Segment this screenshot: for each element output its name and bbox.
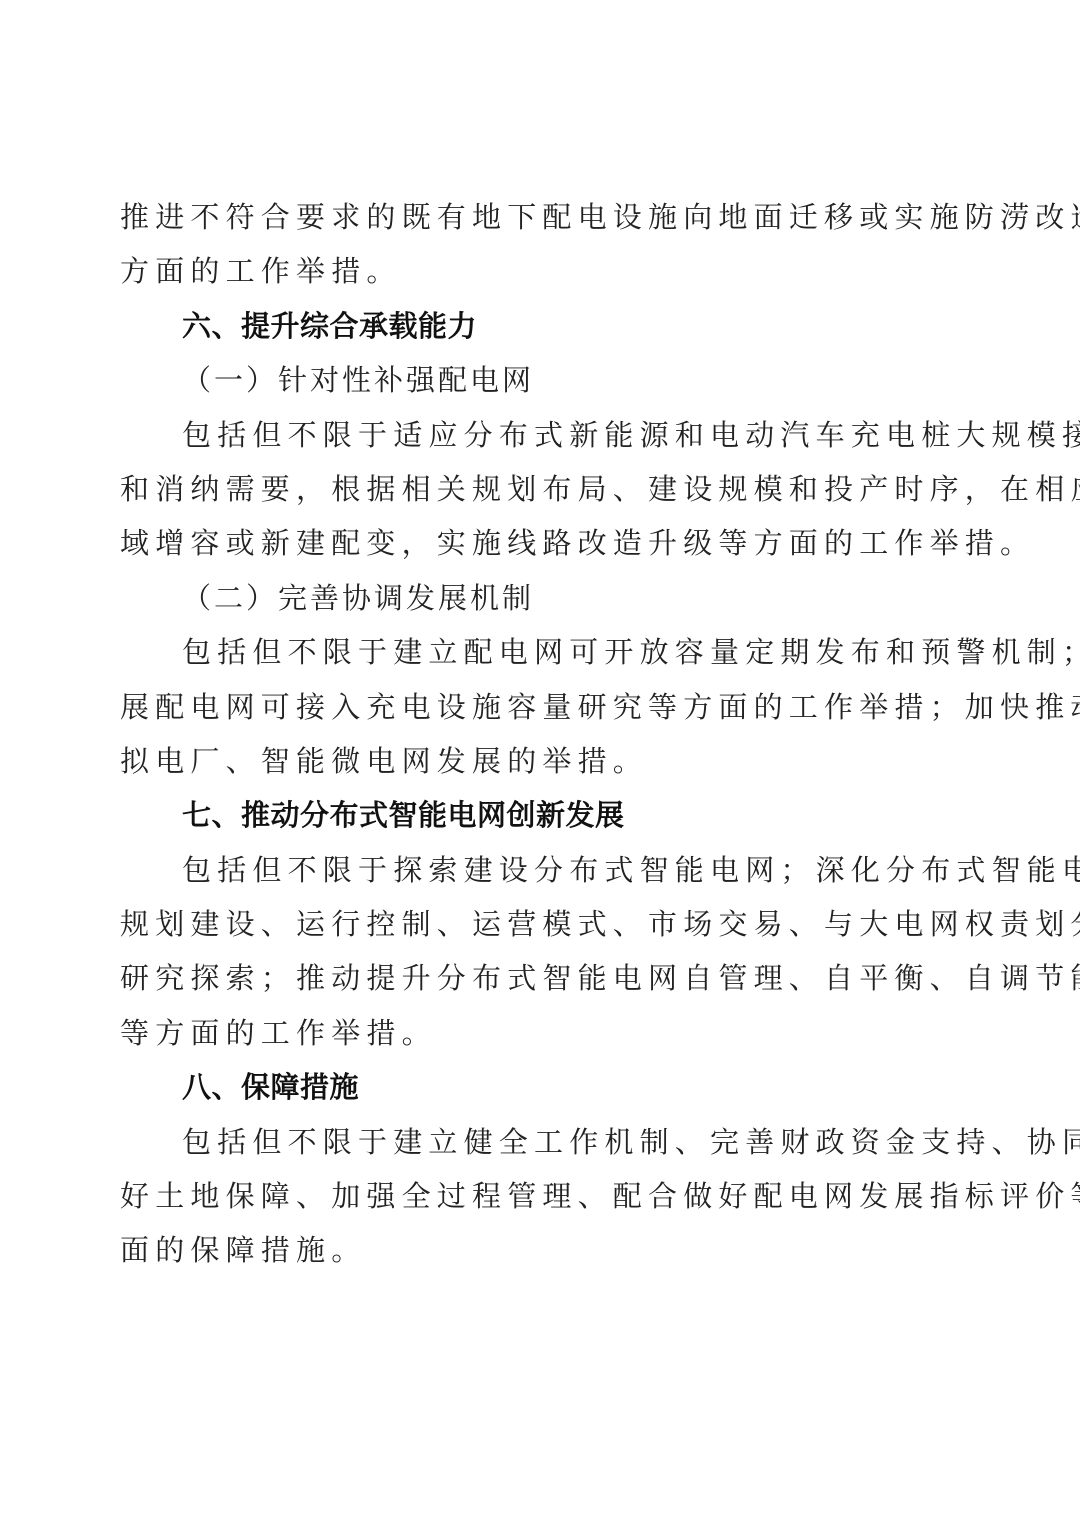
section-heading: 七、推动分布式智能电网创新发展 <box>120 788 965 842</box>
text-line: 拟电厂、智能微电网发展的举措。 <box>120 734 965 788</box>
section-7: 七、推动分布式智能电网创新发展 包括但不限于探索建设分布式智能电网；深化分布式智… <box>120 788 965 1060</box>
text-line: 包括但不限于建立健全工作机制、完善财政资金支持、协同做 <box>120 1115 965 1169</box>
text-line: 研究探索；推动提升分布式智能电网自管理、自平衡、自调节能力 <box>120 951 965 1005</box>
text-line: 推进不符合要求的既有地下配电设施向地面迁移或实施防涝改造等 <box>120 190 965 244</box>
subsection-6-1: （一）针对性补强配电网 包括但不限于适应分布式新能源和电动汽车充电桩大规模接入 … <box>120 353 965 571</box>
section-heading: 六、提升综合承载能力 <box>120 299 965 353</box>
text-line: 方面的工作举措。 <box>120 244 965 298</box>
subsection-heading: （二）完善协调发展机制 <box>120 571 965 625</box>
continuation-paragraph: 推进不符合要求的既有地下配电设施向地面迁移或实施防涝改造等 方面的工作举措。 <box>120 190 965 299</box>
section-8: 八、保障措施 包括但不限于建立健全工作机制、完善财政资金支持、协同做 好土地保障… <box>120 1060 965 1278</box>
text-line: 面的保障措施。 <box>120 1223 965 1277</box>
text-line: 和消纳需要，根据相关规划布局、建设规模和投产时序，在相应区 <box>120 462 965 516</box>
text-line: 包括但不限于探索建设分布式智能电网；深化分布式智能电网 <box>120 843 965 897</box>
document-page: 推进不符合要求的既有地下配电设施向地面迁移或实施防涝改造等 方面的工作举措。 六… <box>120 190 965 1278</box>
text-line: 好土地保障、加强全过程管理、配合做好配电网发展指标评价等方 <box>120 1169 965 1223</box>
section-6: 六、提升综合承载能力 （一）针对性补强配电网 包括但不限于适应分布式新能源和电动… <box>120 299 965 789</box>
text-line: 包括但不限于建立配电网可开放容量定期发布和预警机制；开 <box>120 625 965 679</box>
subsection-6-2: （二）完善协调发展机制 包括但不限于建立配电网可开放容量定期发布和预警机制；开 … <box>120 571 965 789</box>
text-line: 规划建设、运行控制、运营模式、市场交易、与大电网权责划分等 <box>120 897 965 951</box>
subsection-heading: （一）针对性补强配电网 <box>120 353 965 407</box>
section-heading: 八、保障措施 <box>120 1060 965 1114</box>
text-line: 包括但不限于适应分布式新能源和电动汽车充电桩大规模接入 <box>120 408 965 462</box>
text-line: 展配电网可接入充电设施容量研究等方面的工作举措；加快推动虚 <box>120 680 965 734</box>
text-line: 域增容或新建配变，实施线路改造升级等方面的工作举措。 <box>120 516 965 570</box>
text-line: 等方面的工作举措。 <box>120 1006 965 1060</box>
